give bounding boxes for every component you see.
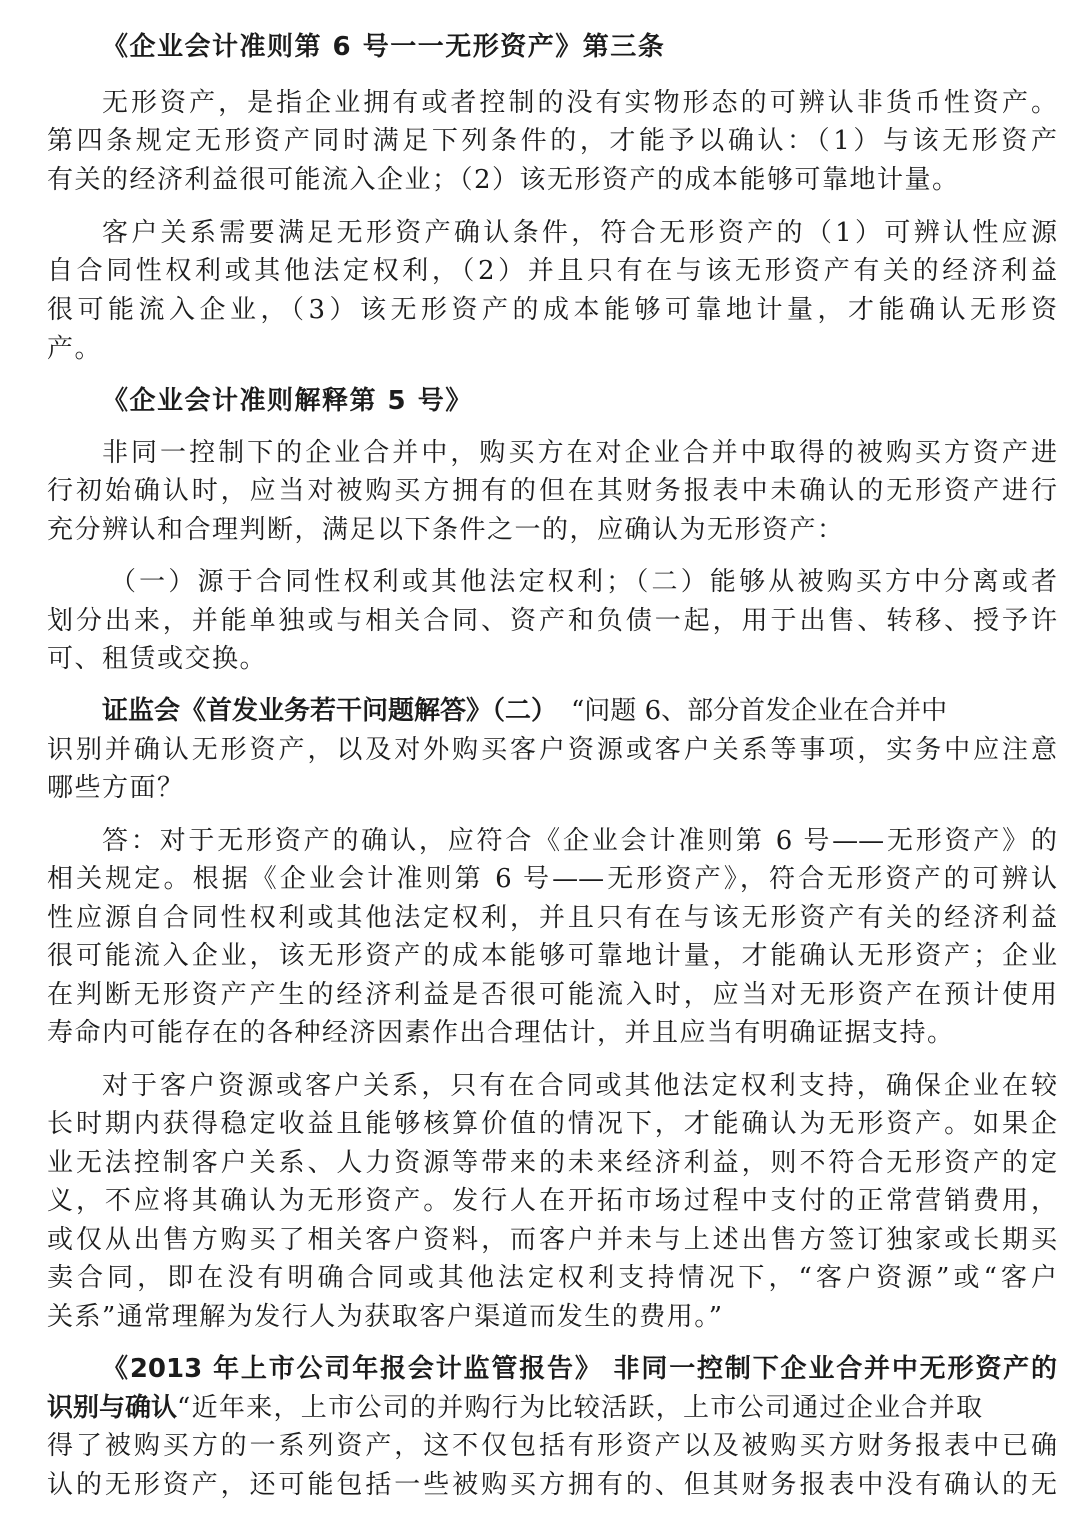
paragraph-line: 在判断无形资产产生的经济利益是否很可能流入时，应当对无形资产在预计使用	[47, 976, 1057, 1014]
paragraph-line: 很可能流入企业，该无形资产的成本能够可靠地计量，才能确认无形资产；企业	[47, 937, 1057, 975]
paragraph-line: 相关规定。根据《企业会计准则第 6 号——无形资产》，符合无形资产的可辨认	[47, 860, 1057, 898]
section-line-csrc: 证监会《首发业务若干问题解答》（二）“问题 6、部分首发企业在合并中	[102, 692, 1057, 730]
paragraph-line: 卖合同，即在没有明确合同或其他法定权利支持情况下，“客户资源”或“客户	[47, 1259, 1057, 1297]
section-heading-2013-report: 《2013 年上市公司年报会计监管报告》 非同一控制下企业合并中无形资产的	[102, 1350, 1057, 1388]
section-heading-identification: 识别与确认	[47, 1393, 177, 1423]
section-heading-csrc-ipo-qa: 证监会《首发业务若干问题解答》（二）	[102, 696, 557, 726]
paragraph-line: 客户关系需要满足无形资产确认条件，符合无形资产的（1）可辨认性应源	[102, 214, 1057, 252]
paragraph-line: 充分辨认和合理判断，满足以下条件之一的，应确认为无形资产：	[47, 511, 1057, 549]
section-heading-interpretation-5: 《企业会计准则解释第 5 号》	[102, 382, 1057, 420]
paragraph-line: 长时期内获得稳定收益且能够核算价值的情况下，才能确认为无形资产。如果企	[47, 1105, 1057, 1143]
paragraph-line: 或仅从出售方购买了相关客户资料，而客户并未与上述出售方签订独家或长期买	[47, 1221, 1057, 1259]
paragraph-line: 无形资产，是指企业拥有或者控制的没有实物形态的可辨认非货币性资产。	[102, 84, 1057, 122]
paragraph-line: 第四条规定无形资产同时满足下列条件的，才能予以确认：（1）与该无形资产	[47, 122, 1057, 160]
section-heading-standard-6: 《企业会计准则第 6 号一一无形资产》第三条	[102, 28, 1057, 66]
paragraph-line: （一）源于合同性权利或其他法定权利；（二）能够从被购买方中分离或者	[110, 563, 1057, 601]
paragraph-line: 划分出来，并能单独或与相关合同、资产和负债一起，用于出售、转移、授予许	[47, 602, 1057, 640]
paragraph-line: 非同一控制下的企业合并中，购买方在对企业合并中取得的被购买方资产进	[102, 434, 1057, 472]
paragraph-line: 认的无形资产，还可能包括一些被购买方拥有的、但其财务报表中没有确认的无	[47, 1466, 1057, 1504]
paragraph-line: 性应源自合同性权利或其他法定权利，并且只有在与该无形资产有关的经济利益	[47, 899, 1057, 937]
paragraph-line: 产。	[47, 330, 1057, 368]
paragraph-line: 义，不应将其确认为无形资产。发行人在开拓市场过程中支付的正常营销费用，	[47, 1182, 1057, 1220]
paragraph-text: “问题 6、部分首发企业在合并中	[571, 696, 947, 726]
paragraph-line: 自合同性权利或其他法定权利，（2）并且只有在与该无形资产有关的经济利益	[47, 252, 1057, 290]
section-line-2013: 识别与确认“近年来，上市公司的并购行为比较活跃，上市公司通过企业合并取	[47, 1389, 1057, 1427]
paragraph-line: 有关的经济利益很可能流入企业；（2）该无形资产的成本能够可靠地计量。	[47, 161, 1057, 199]
paragraph-line: 业无法控制客户关系、人力资源等带来的未来经济利益，则不符合无形资产的定	[47, 1144, 1057, 1182]
paragraph-line: 行初始确认时，应当对被购买方拥有的但在其财务报表中未确认的无形资产进行	[47, 472, 1057, 510]
paragraph-line: 寿命内可能存在的各种经济因素作出合理估计，并且应当有明确证据支持。	[47, 1014, 1057, 1052]
paragraph-line: 关系”通常理解为发行人为获取客户渠道而发生的费用。”	[47, 1298, 1057, 1336]
paragraph-line: 对于客户资源或客户关系，只有在合同或其他法定权利支持，确保企业在较	[102, 1067, 1057, 1105]
paragraph-line: 答：对于无形资产的确认，应符合《企业会计准则第 6 号——无形资产》的	[102, 822, 1057, 860]
paragraph-text: “近年来，上市公司的并购行为比较活跃，上市公司通过企业合并取	[177, 1393, 983, 1423]
paragraph-line: 很可能流入企业，（3）该无形资产的成本能够可靠地计量，才能确认无形资	[47, 291, 1057, 329]
document-page: 《企业会计准则第 6 号一一无形资产》第三条 无形资产，是指企业拥有或者控制的没…	[0, 0, 1080, 1539]
paragraph-line: 哪些方面？	[47, 769, 1057, 807]
paragraph-line: 得了被购买方的一系列资产，这不仅包括有形资产以及被购买方财务报表中已确	[47, 1427, 1057, 1465]
paragraph-line: 识别并确认无形资产，以及对外购买客户资源或客户关系等事项，实务中应注意	[47, 731, 1057, 769]
paragraph-line: 可、租赁或交换。	[47, 640, 1057, 678]
